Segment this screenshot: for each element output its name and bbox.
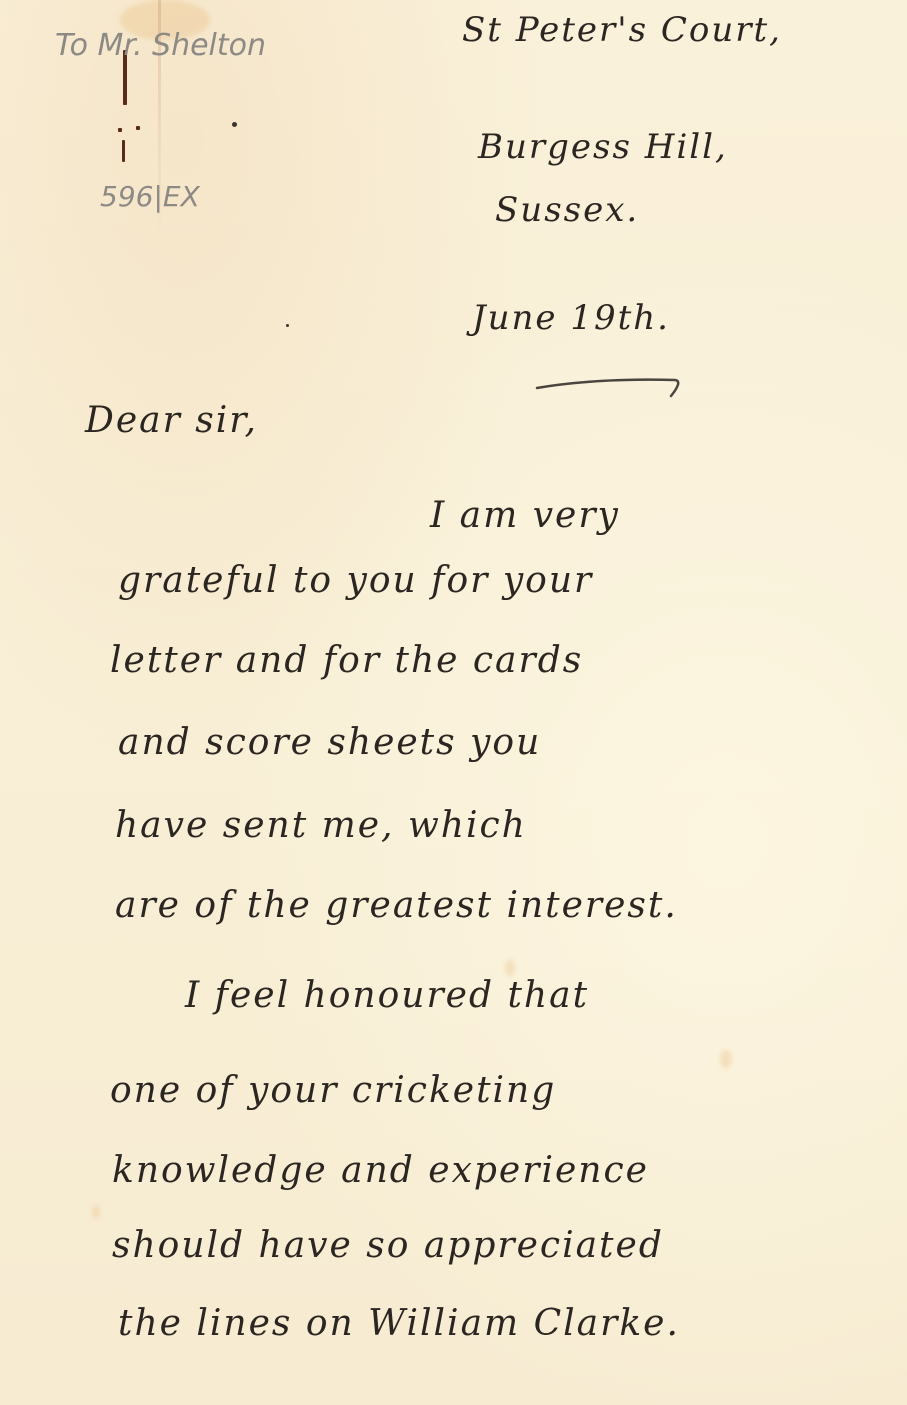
address-line-3: Sussex.	[495, 190, 639, 230]
letter-page: To Mr. Shelton 596|EX St Peter's Court, …	[0, 0, 907, 1405]
body-line: knowledge and experience	[112, 1150, 649, 1191]
recipient-annotation: To Mr. Shelton	[55, 28, 266, 63]
address-line-2: Burgess Hill,	[478, 127, 728, 167]
letter-date: June 19th.	[472, 298, 670, 338]
ink-dot	[232, 122, 237, 127]
salutation: Dear sir,	[85, 400, 258, 441]
body-line: I am very	[430, 495, 620, 536]
body-line: are of the greatest interest.	[115, 885, 678, 926]
body-line: grateful to you for your	[118, 560, 593, 601]
pin-rust-mark	[136, 126, 140, 130]
paper-stain	[92, 1205, 100, 1219]
paper-stain	[505, 960, 515, 976]
body-line: have sent me, which	[115, 805, 527, 846]
pin-rust-mark	[122, 140, 125, 162]
body-line: letter and for the cards	[110, 640, 583, 681]
body-line: I feel honoured that	[185, 975, 589, 1016]
body-line: one of your cricketing	[110, 1070, 556, 1111]
date-underline-flourish	[535, 372, 685, 402]
address-line-1: St Peter's Court,	[462, 10, 782, 50]
paper-stain	[720, 1050, 732, 1068]
ink-dot	[286, 324, 289, 327]
body-line: should have so appreciated	[112, 1225, 664, 1266]
body-line: the lines on William Clarke.	[118, 1303, 680, 1344]
body-line: and score sheets you	[118, 722, 541, 763]
pin-rust-mark	[118, 128, 122, 132]
reference-number: 596|EX	[100, 180, 200, 213]
